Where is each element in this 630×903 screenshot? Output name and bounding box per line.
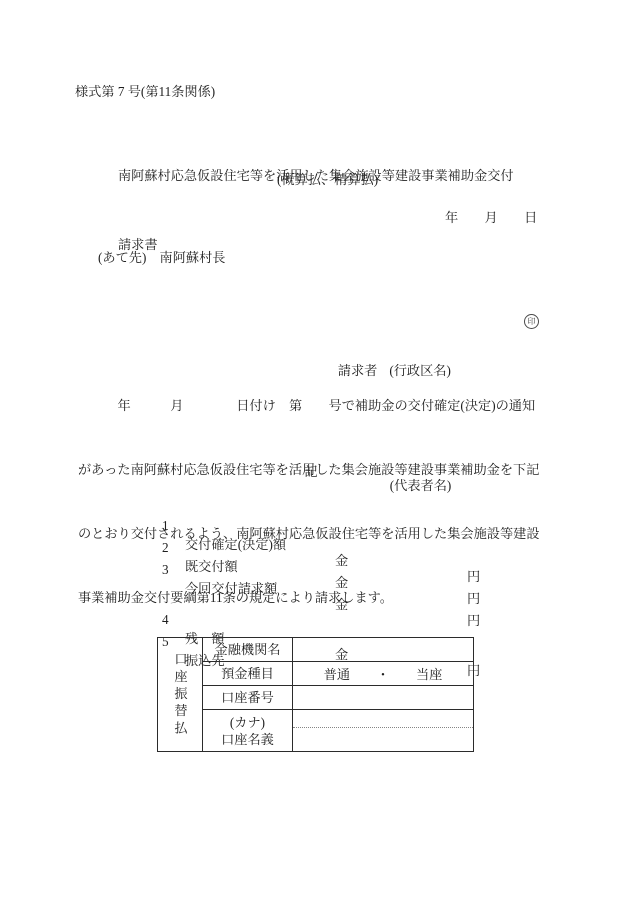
account-transfer-side-cell: 口座振替払 — [158, 638, 203, 751]
account-holder-name-label: 口座名義 — [221, 731, 274, 748]
row-label: (カナ) 口座名義 — [203, 710, 293, 751]
deposit-type-options: 普通 ・ 当座 — [293, 662, 473, 685]
account-holder-value-cell — [293, 710, 473, 751]
table-row-account-holder: (カナ) 口座名義 — [203, 710, 473, 751]
claim-item-row: 5 振込先 — [0, 618, 630, 638]
account-number-value-cell — [293, 686, 473, 709]
claim-items: 1 交付確定(決定)額 金 円 2 既交付額 金 円 3 今回交付請求額 金 円… — [0, 0, 13, 112]
claim-item-row: 1 交付確定(決定)額 金 円 — [0, 502, 630, 522]
row-label: 口座番号 — [203, 686, 293, 709]
record-heading: 記 — [0, 461, 622, 480]
payment-type-subtitle: (概算払、精算払) — [277, 169, 378, 188]
item-unit: 円 — [467, 566, 480, 585]
table-row-financial-institution: 金融機関名 — [203, 638, 473, 662]
addressee-line: (あて先) 南阿蘇村長 — [98, 247, 225, 266]
item-number: 3 — [162, 562, 169, 578]
bank-transfer-table: 口座振替払 金融機関名 預金種目 普通 ・ 当座 口座番号 (カナ) 口座名義 — [157, 637, 474, 752]
table-row-deposit-type: 預金種目 普通 ・ 当座 — [203, 662, 473, 686]
item-label: 今回交付請求額 — [185, 578, 277, 597]
item-currency-prefix: 金 — [335, 572, 348, 591]
date-line: 年 月 日 — [445, 207, 537, 226]
claim-item-row: 2 既交付額 金 円 — [0, 524, 630, 544]
seal-icon: 印 — [524, 314, 539, 329]
form-number: 様式第 7 号(第11条関係) — [75, 81, 215, 100]
financial-institution-value-cell — [293, 638, 473, 661]
account-transfer-side-label: 口座振替払 — [171, 652, 190, 738]
claim-item-row: 3 今回交付請求額 金 円 — [0, 546, 630, 566]
body-line-1: 年 月 日付け 第 号で補助金の交付確定(決定)の通知 — [78, 395, 540, 416]
account-holder-kana-label: (カナ) — [230, 714, 265, 731]
document-page: 様式第 7 号(第11条関係) 南阿蘇村応急仮設住宅等を活用した集会施設等建設事… — [0, 0, 630, 903]
row-label: 金融機関名 — [203, 638, 293, 661]
kana-dotted-divider — [293, 727, 473, 728]
row-label: 預金種目 — [203, 662, 293, 685]
claim-item-row: 4 残 額 金 円 — [0, 596, 630, 616]
table-row-account-number: 口座番号 — [203, 686, 473, 710]
